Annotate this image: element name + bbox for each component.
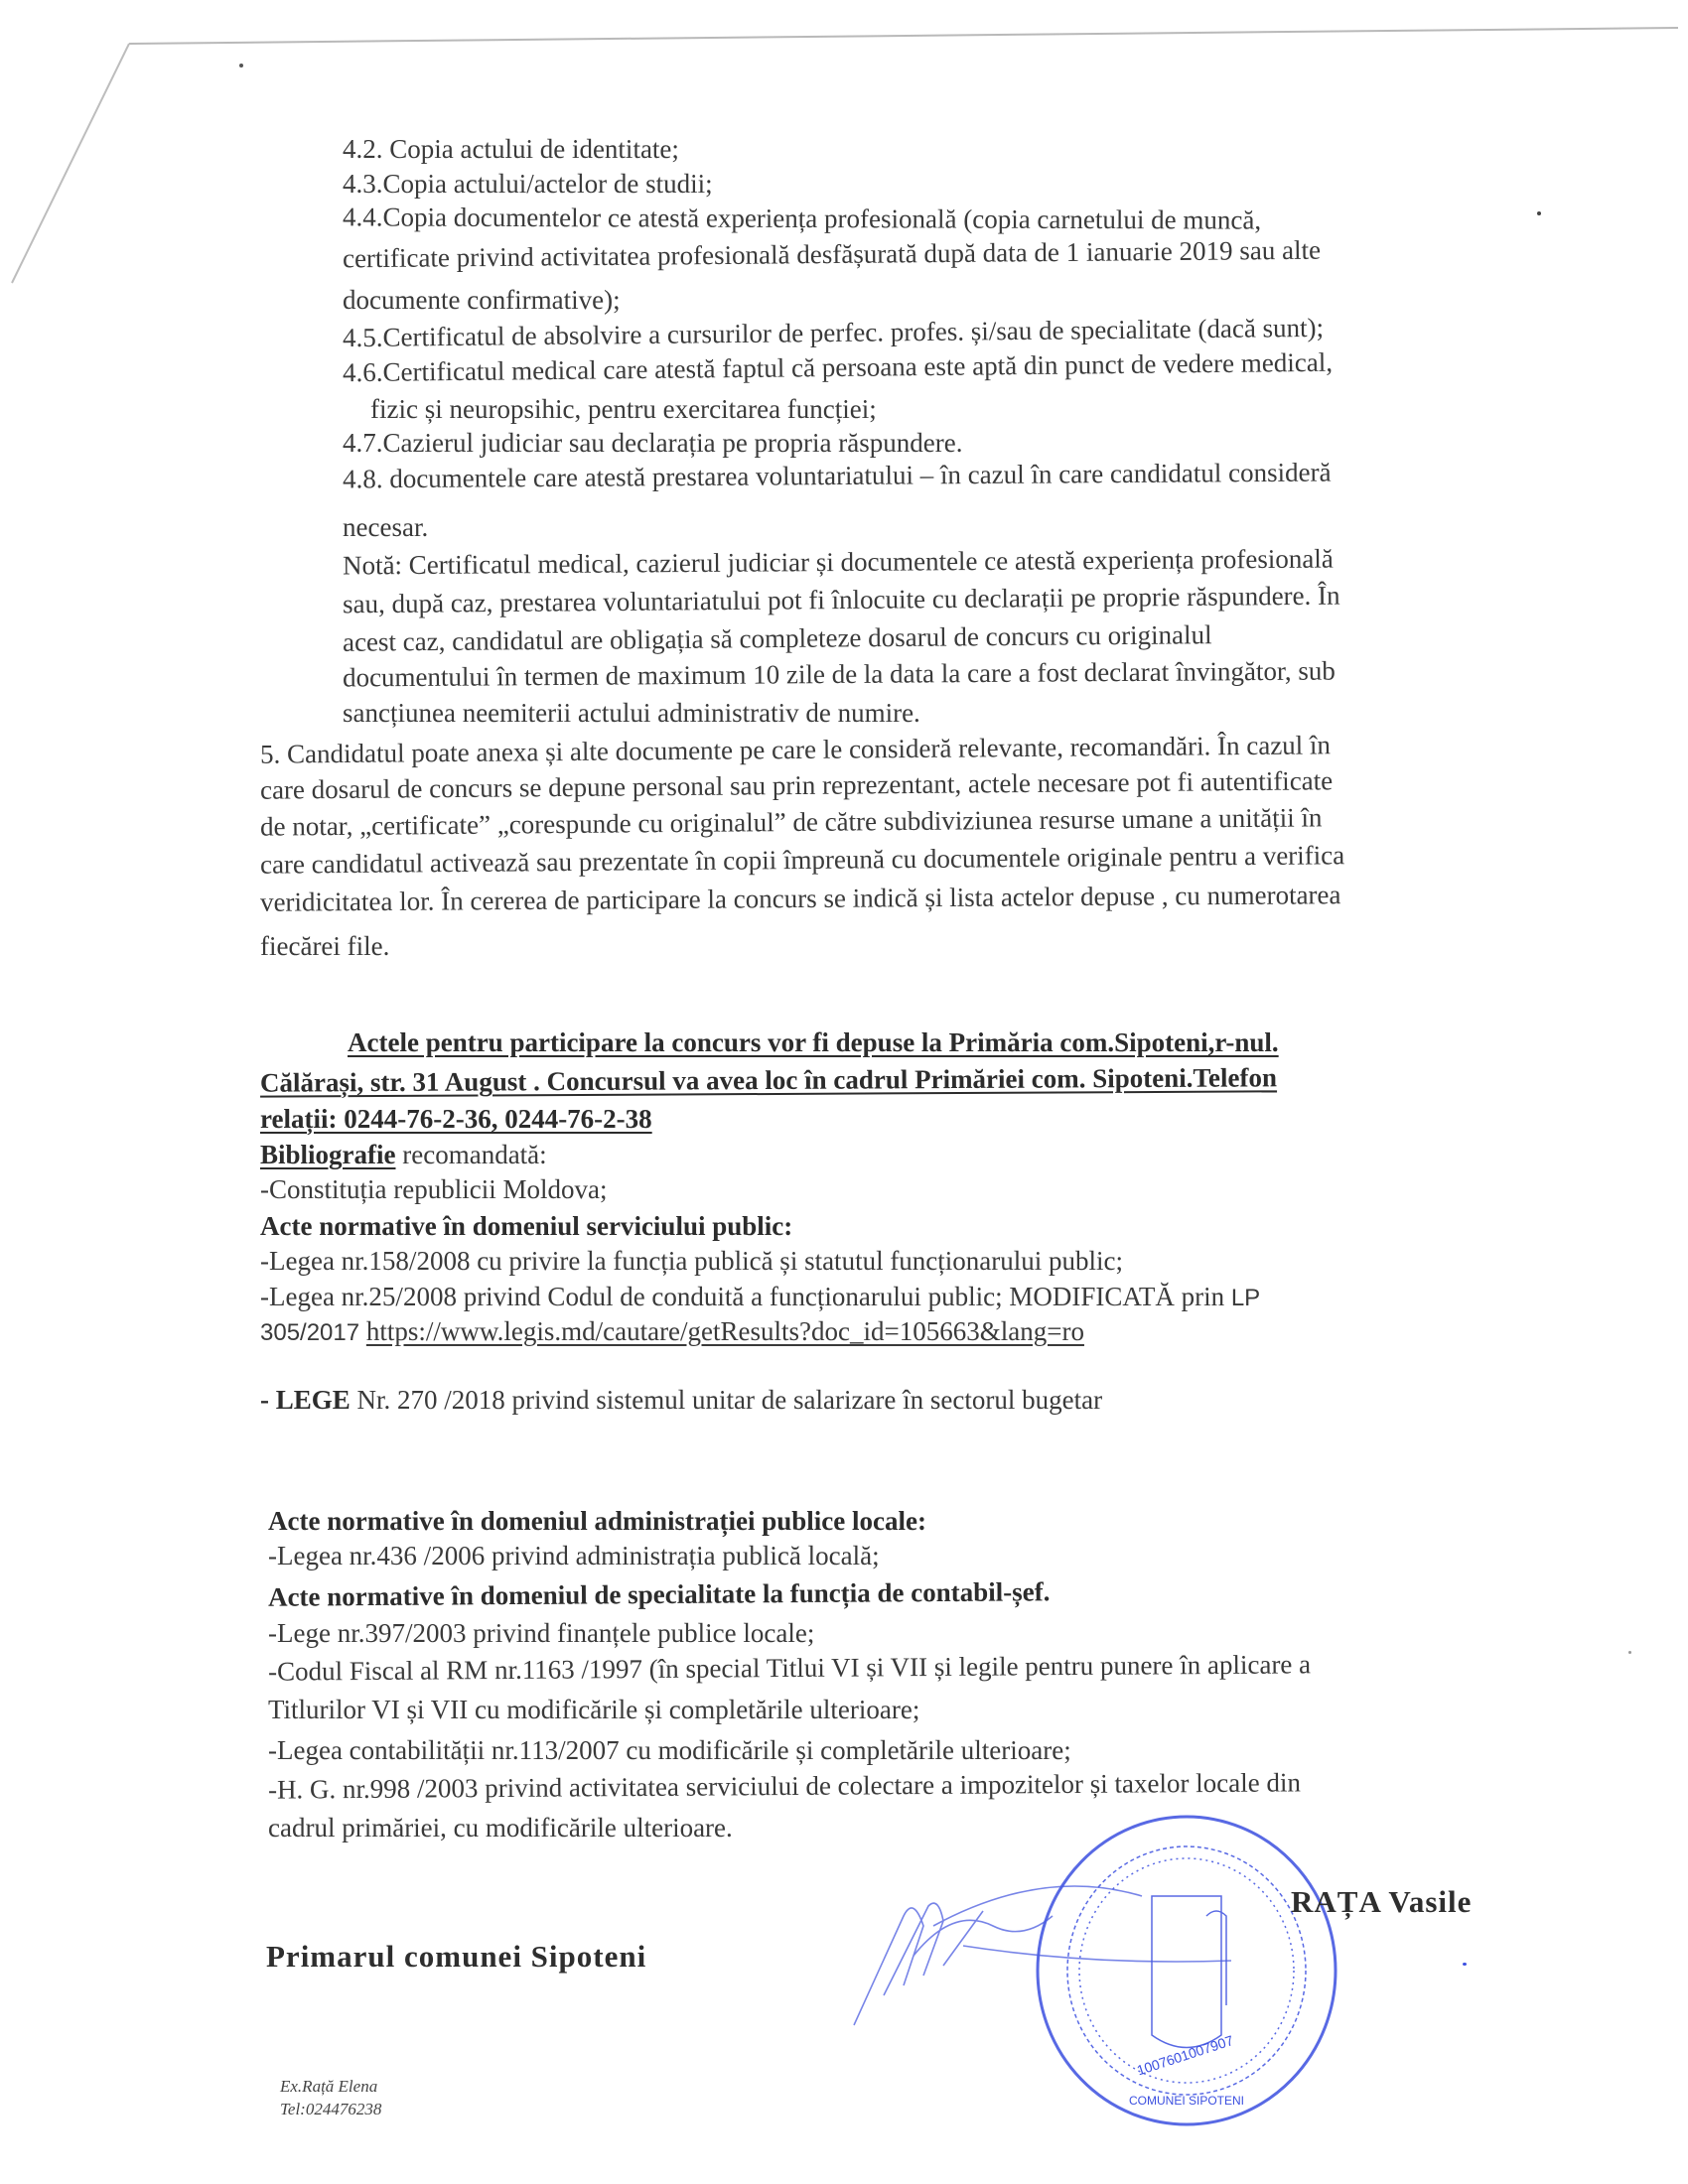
bibliography-item: -Codul Fiscal al RM nr.1163 /1997 (în sp… — [268, 1651, 1311, 1685]
bibliography-item: -Lege nr.397/2003 privind finanțele publ… — [268, 1620, 814, 1647]
note-line: sau, după caz, prestarea voluntariatului… — [343, 583, 1340, 618]
list-item: 4.5.Certificatul de absolvire a cursuril… — [343, 315, 1324, 351]
paragraph-line: veridicitatea lor. În cererea de partici… — [260, 882, 1341, 916]
stamp-code: 1007601007907 — [1135, 2032, 1235, 2079]
bibliography-item: -Legea nr.25/2008 privind Codul de condu… — [260, 1284, 1260, 1310]
section-heading: Acte normative în domeniul de specialita… — [268, 1578, 1051, 1610]
executor-name: Ex.Rață Elena — [280, 2078, 377, 2095]
submission-line: Actele pentru participare la concurs vor… — [348, 1029, 1279, 1056]
bibliography-item: -Legea nr.436 /2006 privind administrați… — [268, 1543, 880, 1570]
list-item: necesar. — [343, 514, 428, 541]
legis-link[interactable]: https://www.legis.md/cautare/getResults?… — [366, 1316, 1084, 1346]
note-line: acest caz, candidatul are obligația să c… — [343, 621, 1212, 656]
paragraph-line: care candidatul activează sau prezentate… — [260, 842, 1344, 879]
stamp-bottom-text: COMUNEI SIPOTENI — [1129, 2094, 1244, 2108]
bibliography-item: - LEGE Nr. 270 /2018 privind sistemul un… — [260, 1387, 1102, 1414]
list-item: 4.3.Copia actului/actelor de studii; — [343, 171, 713, 198]
scan-speck — [1537, 211, 1541, 215]
paragraph-line: de notar, „certificate” „corespunde cu o… — [260, 804, 1323, 840]
lege-text: Nr. 270 /2018 privind sistemul unitar de… — [351, 1385, 1102, 1415]
mayor-title: Primarul comunei Sipoteni — [266, 1941, 646, 1972]
note-line: Notă: Certificatul medical, cazierul jud… — [343, 546, 1334, 580]
bibliography-item: -Constituția republicii Moldova; — [260, 1176, 607, 1203]
list-item: 4.2. Copia actului de identitate; — [343, 136, 679, 163]
paragraph-line: fiecărei file. — [260, 933, 389, 960]
submission-line: Călărași, str. 31 August . Concursul va … — [260, 1064, 1277, 1096]
list-item: fizic și neuropsihic, pentru exercitarea… — [370, 396, 877, 423]
paragraph-line: care dosarul de concurs se depune person… — [260, 767, 1333, 803]
list-item: 4.4.Copia documentelor ce atestă experie… — [343, 204, 1261, 233]
bibliography-item: 305/2017 https://www.legis.md/cautare/ge… — [260, 1318, 1084, 1345]
submission-line: relații: 0244-76-2-36, 0244-76-2-38 — [260, 1106, 652, 1133]
section-heading: Acte normative în domeniul serviciului p… — [260, 1213, 792, 1240]
bibliography-label-rest: recomandată: — [396, 1140, 547, 1169]
lp-reference: 305/2017 — [260, 1319, 359, 1346]
scan-speck — [1463, 1963, 1467, 1966]
list-item: 4.8. documentele care atestă prestarea v… — [343, 460, 1332, 493]
bibliography-item: -Legea contabilității nr.113/2007 cu mod… — [268, 1737, 1071, 1764]
bibliography-item: Titlurilor VI și VII cu modificările și … — [268, 1697, 919, 1723]
section-heading: Acte normative în domeniul administrație… — [268, 1508, 926, 1535]
law25-suffix: LP — [1231, 1285, 1260, 1311]
list-item: 4.6.Certificatul medical care atestă fap… — [343, 349, 1333, 386]
document-page: 4.2. Copia actului de identitate; 4.3.Co… — [0, 0, 1688, 2184]
signature-icon — [844, 1866, 1261, 2035]
bibliography-heading: Bibliografie recomandată: — [260, 1142, 547, 1168]
bibliography-item: cadrul primăriei, cu modificările ulteri… — [268, 1815, 733, 1842]
executor-phone: Tel:024476238 — [280, 2101, 381, 2117]
note-line: sancțiunea neemiterii actului administra… — [343, 700, 920, 727]
bibliography-label: Bibliografie — [260, 1140, 396, 1169]
lege-label: - LEGE — [260, 1385, 351, 1415]
list-item: 4.7.Cazierul judiciar sau declarația pe … — [343, 430, 962, 457]
paragraph-line: 5. Candidatul poate anexa și alte docume… — [260, 732, 1331, 767]
mayor-name: RAȚA Vasile — [1291, 1886, 1472, 1917]
note-line: documentului în termen de maximum 10 zil… — [343, 658, 1336, 692]
list-item: documente confirmative); — [343, 287, 621, 314]
scan-speck — [1628, 1651, 1631, 1654]
law25-text: -Legea nr.25/2008 privind Codul de condu… — [260, 1282, 1224, 1311]
bibliography-item: -H. G. nr.998 /2003 privind activitatea … — [268, 1769, 1301, 1803]
bibliography-item: -Legea nr.158/2008 cu privire la funcția… — [260, 1248, 1123, 1275]
list-item: certificate privind activitatea profesio… — [343, 237, 1321, 273]
